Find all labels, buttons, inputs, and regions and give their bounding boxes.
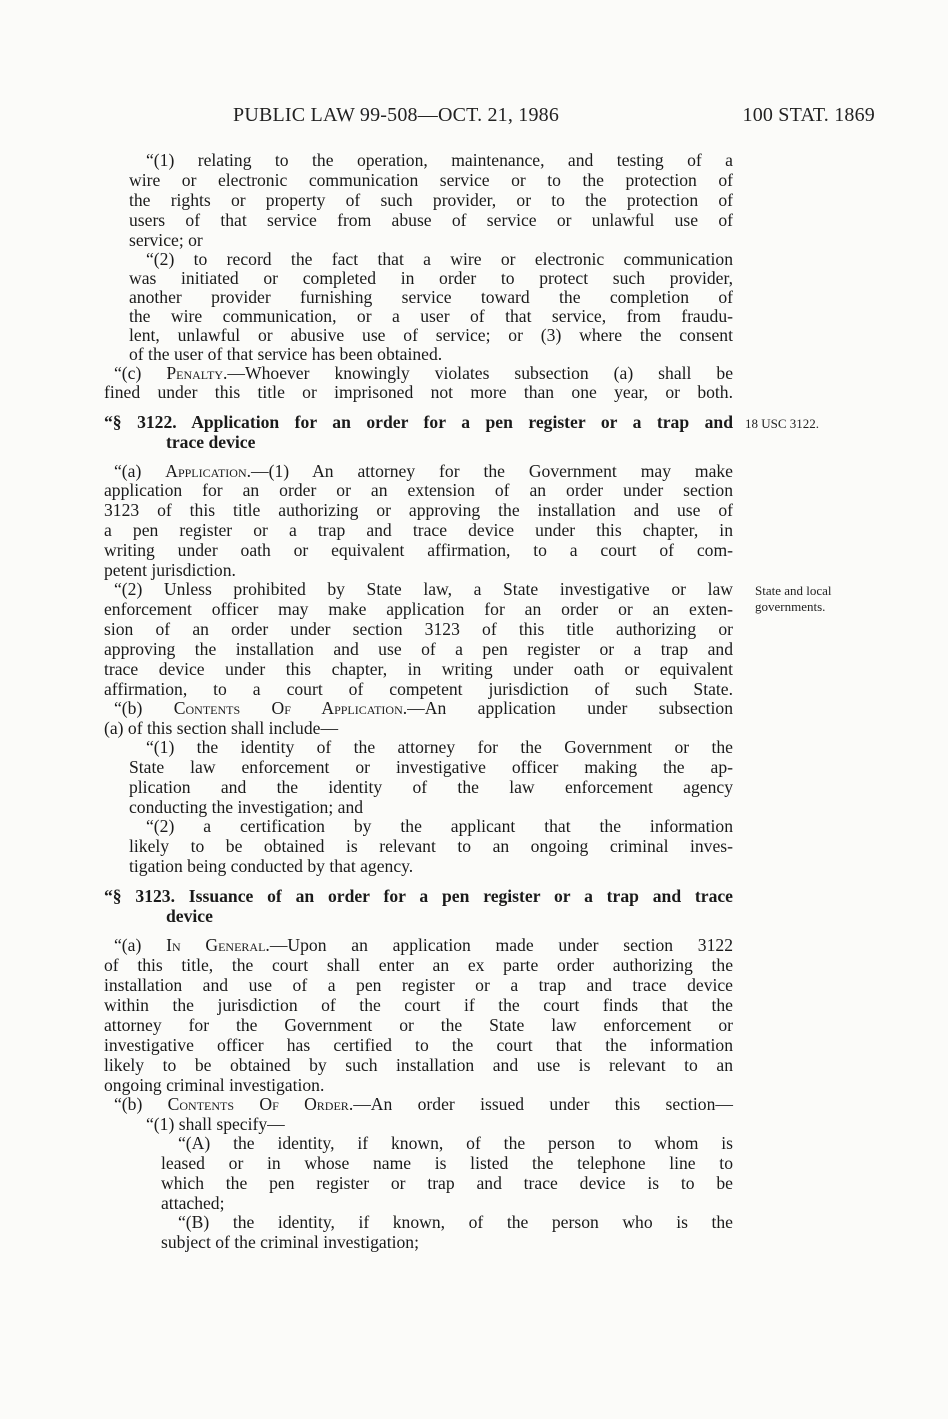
header-law-citation: PUBLIC LAW 99-508—OCT. 21, 1986 (233, 104, 559, 127)
text-line: sion of an order under section 3123 of t… (104, 619, 733, 639)
subsection-heading: Application (165, 461, 246, 481)
text-line: (a) of this section shall include— (104, 718, 733, 738)
text-line: writing under oath or equivalent affirma… (104, 540, 733, 560)
text-line: attached; (161, 1193, 733, 1213)
text-line: within the jurisdiction of the court if … (104, 995, 733, 1015)
text-line: subject of the criminal investigation; (161, 1232, 733, 1252)
text-line: “(b) Contents Of Order.—An order issued … (114, 1094, 733, 1114)
header-stat-page: 100 STAT. 1869 (743, 104, 876, 127)
text-line: lent, unlawful or abusive use of service… (129, 325, 733, 345)
section-heading-line: device (166, 906, 466, 926)
text-line: a pen register or a trap and trace devic… (104, 520, 733, 540)
section-heading-line: trace device (166, 432, 466, 452)
subsection-heading: In General (166, 935, 265, 955)
text-line: the rights or property of such provider,… (129, 190, 733, 210)
subsection-heading: Contents Of Application (174, 698, 403, 718)
text-line: State law enforcement or investigative o… (129, 757, 733, 777)
text-line: the wire communication, or a user of tha… (129, 306, 733, 326)
text-line: approving the installation and use of a … (104, 639, 733, 659)
subsection-heading: Penalty (166, 363, 223, 383)
text-line: fined under this title or imprisoned not… (104, 382, 733, 402)
text-line: attorney for the Government or the State… (104, 1015, 733, 1035)
section-heading-line: “§ 3122. Application for an order for a … (104, 412, 733, 432)
section-heading-line: “§ 3123. Issuance of an order for a pen … (104, 886, 733, 906)
text-line: leased or in whose name is listed the te… (161, 1153, 733, 1173)
subsection-heading: Contents Of Order (168, 1094, 349, 1114)
text-line: “(a) Application.—(1) An attorney for th… (114, 461, 733, 481)
text-line: of this title, the court shall enter an … (104, 955, 733, 975)
text-line: investigative officer has certified to t… (104, 1035, 733, 1055)
text-line: was initiated or completed in order to p… (129, 268, 733, 288)
text-line: “(B) the identity, if known, of the pers… (178, 1212, 733, 1232)
text-line: “(1) the identity of the attorney for th… (146, 737, 733, 757)
text-line: “(2) to record the fact that a wire or e… (146, 249, 733, 269)
text-line: “(1) shall specify— (146, 1114, 446, 1134)
text-line: ongoing criminal investigation. (104, 1075, 733, 1095)
text-line: service; or (129, 230, 733, 250)
text-line: conducting the investigation; and (129, 797, 733, 817)
text-line: “(a) In General.—Upon an application mad… (114, 935, 733, 955)
text-line: likely to be obtained by such installati… (104, 1055, 733, 1075)
text-line: “(1) relating to the operation, maintena… (146, 150, 733, 170)
document-page: PUBLIC LAW 99-508—OCT. 21, 1986 100 STAT… (0, 0, 948, 1419)
text-line: another provider furnishing service towa… (129, 287, 733, 307)
text-line: installation and use of a pen register o… (104, 975, 733, 995)
text-line: “(c) Penalty.—Whoever knowingly violates… (114, 363, 733, 383)
text-line: “(b) Contents Of Application.—An applica… (114, 698, 733, 718)
text-line: plication and the identity of the law en… (129, 777, 733, 797)
margin-note-state-local: State and local (755, 583, 832, 599)
text-line: wire or electronic communication service… (129, 170, 733, 190)
text-line: of the user of that service has been obt… (129, 344, 733, 364)
text-line: “(A) the identity, if known, of the pers… (178, 1133, 733, 1153)
text-line: enforcement officer may make application… (104, 599, 733, 619)
text-line: tigation being conducted by that agency. (129, 856, 733, 876)
text-line: 3123 of this title authorizing or approv… (104, 500, 733, 520)
text-line: users of that service from abuse of serv… (129, 210, 733, 230)
margin-note-governments: governments. (755, 599, 825, 615)
text-line: trace device under this chapter, in writ… (104, 659, 733, 679)
text-line: which the pen register or trap and trace… (161, 1173, 733, 1193)
text-line: “(2) a certification by the applicant th… (146, 816, 733, 836)
text-line: likely to be obtained is relevant to an … (129, 836, 733, 856)
text-line: application for an order or an extension… (104, 480, 733, 500)
text-line: affirmation, to a court of competent jur… (104, 679, 733, 699)
text-line: “(2) Unless prohibited by State law, a S… (114, 579, 733, 599)
text-line: petent jurisdiction. (104, 560, 733, 580)
margin-note-usc: 18 USC 3122. (745, 416, 819, 432)
